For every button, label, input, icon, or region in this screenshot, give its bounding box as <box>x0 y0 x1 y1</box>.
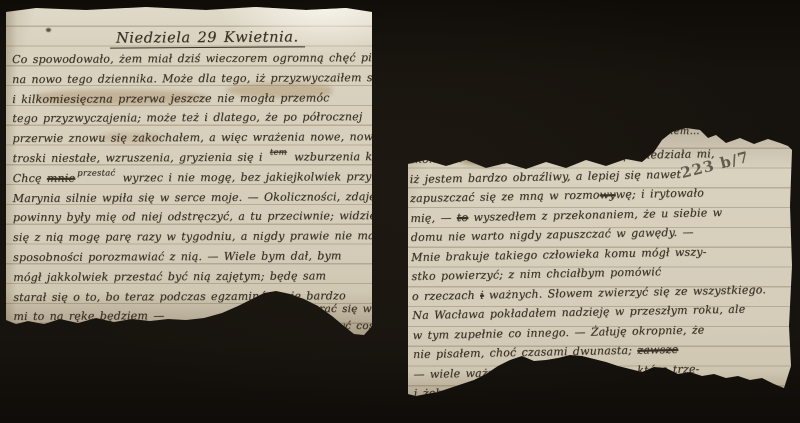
torn-fragment: …orać się warto <box>302 303 394 315</box>
handwriting-text: się z nią mogę parę razy w tygodniu, a n… <box>13 229 385 244</box>
handwriting-strike: to <box>457 210 469 223</box>
handwriting-text: nie pisałem, choć czasami dwunasta; <box>413 344 637 361</box>
handwriting-text: Co spowodowało, żem miał dziś wieczorem … <box>12 51 402 66</box>
handwriting-strike: mnie <box>47 171 75 184</box>
handwriting-text: stko powierzyć; z nim chciałbym pomówić <box>411 265 661 283</box>
torn-edge-fragment: …łem… <box>660 126 700 137</box>
handwriting-line: mi to na rękę będziem — <box>13 305 371 327</box>
page-title: Niedziela 29 Kwietnia. <box>110 29 305 48</box>
handwriting-text: mię, — <box>410 211 457 225</box>
handwriting-line: mógł jakkolwiek przestać być nią zajętym… <box>13 266 371 288</box>
handwriting-text: Chcę <box>13 172 47 185</box>
handwriting-ins: przestać <box>77 168 115 178</box>
handwriting-line: tego przyzwyczajenia; może też i dlatego… <box>12 108 370 130</box>
handwriting-text: mógł jakkolwiek przestać być nią zajętym… <box>13 269 326 284</box>
handwriting-text: Na Wacława pokładałem nadzieję w przeszł… <box>412 303 745 322</box>
handwriting-strike: wy <box>599 188 615 201</box>
handwriting-text: przerwie znowu się zakochałem, a więc wr… <box>12 130 380 145</box>
handwriting-text: iż jestem bardzo obraźliwy, a lepiej się… <box>410 167 682 185</box>
handwriting-text: o rzeczach <box>412 288 480 302</box>
handwriting-line: Co spowodowało, żem miał dziś wieczorem … <box>12 48 370 70</box>
handwriting-line: się z nią mogę parę razy w tygodniu, a n… <box>13 226 371 248</box>
handwriting-text: ważnych. Słowem zwierzyć się ze wszystki… <box>484 283 767 301</box>
handwriting-line: na nowo tego dziennika. Może dla tego, i… <box>12 68 370 90</box>
handwriting-text: wę; i irytowało <box>616 186 705 201</box>
handwriting-text: w tym zupełnie co innego. — Żałuję okrop… <box>413 323 705 342</box>
handwriting-text: powinny były mię od niej odstręczyć, a t… <box>13 209 383 224</box>
handwriting-line: powinny były mię od niej odstręczyć, a t… <box>13 206 371 228</box>
handwriting-text: wyszedłem z przekonaniem, że u siebie w <box>468 206 722 224</box>
handwriting-text: zapuszczać się ze mną w rozmo <box>410 188 600 205</box>
handwriting-line: sposobności porozmawiać z nią. — Wiele b… <box>13 246 371 268</box>
handwriting-text: Marynia silnie wpiła się w serce moje. —… <box>13 190 401 205</box>
handwriting-text: mi to na rękę będziem — <box>13 310 164 324</box>
handwriting-lines: skończył. — Przy herbacie Helenka powied… <box>409 143 790 404</box>
handwriting-text: wyrzec i nie mogę, bez jakiejkolwiek prz… <box>117 170 425 185</box>
handwriting-text: Mnie brakuje takiego człowieka komu mógł… <box>411 245 707 264</box>
handwriting-line: troski niestałe, wzruszenia, gryzienia s… <box>13 147 371 169</box>
handwriting-text: wzburzenia krwi. <box>289 150 395 164</box>
handwriting-text: sposobności porozmawiać z nią. — Wiele b… <box>13 249 342 264</box>
handwriting-text: domu nie warto nigdy zapuszczać w gawędy… <box>411 226 694 244</box>
handwriting-text: skończył. — Przy herbacie Helenka powied… <box>409 147 715 166</box>
handwriting-line: i kilkomiesięczna przerwa jeszcze nie mo… <box>12 88 370 110</box>
handwriting-text: i kilkomiesięczna przerwa jeszcze nie mo… <box>12 91 329 106</box>
handwriting-text: starał się o to, bo teraz podczas egzami… <box>13 289 346 304</box>
right-page: …łem… 223 b/7 skończył. — Przy herbacie … <box>408 126 792 398</box>
handwriting-text: — wiele ważnych spraw przepadłem, które … <box>413 362 699 380</box>
left-page: Niedziela 29 Kwietnia. Co spowodowało, ż… <box>6 4 372 338</box>
handwriting-lines: Co spowodowało, żem miał dziś wieczorem … <box>12 48 371 327</box>
handwriting-line: Marynia silnie wpiła się w serce moje. —… <box>13 187 371 209</box>
torn-fragment: być coś <box>332 320 374 332</box>
handwriting-strike: zawsze <box>637 343 678 357</box>
handwriting-text: tego przyzwyczajenia; może też i dlatego… <box>12 111 362 126</box>
handwriting-ins-strike: tem <box>270 148 287 158</box>
handwriting-text: troski niestałe, wzruszenia, gryzienia s… <box>13 151 268 165</box>
scan-background: Niedziela 29 Kwietnia. Co spowodowało, ż… <box>0 0 800 423</box>
ink-blot <box>46 28 51 32</box>
handwriting-line: Chcę mnieprzestać wyrzec i nie mogę, bez… <box>13 167 371 189</box>
handwriting-text: i żeb… <box>414 386 454 400</box>
handwriting-line: przerwie znowu się zakochałem, a więc wr… <box>12 127 370 149</box>
handwriting-text: na nowo tego dziennika. Może dla tego, i… <box>12 71 383 86</box>
